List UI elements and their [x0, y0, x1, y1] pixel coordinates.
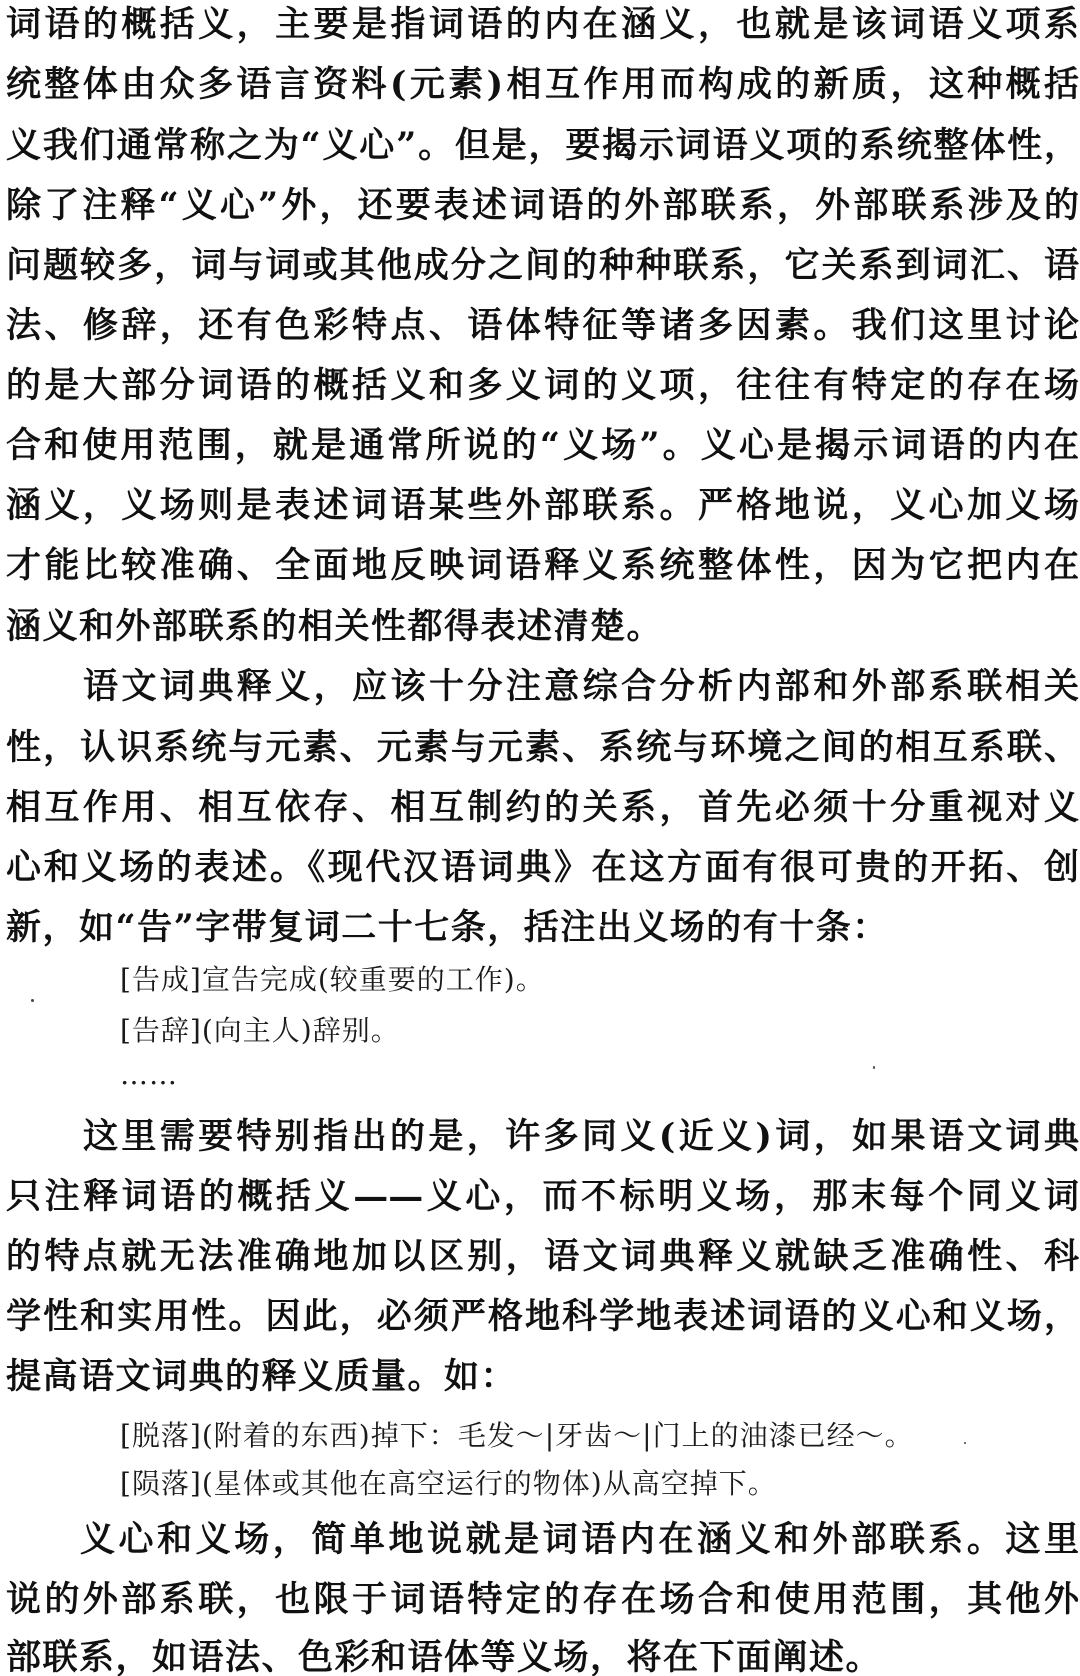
- scanned-book-page: 词语的概括义，主要是指词语的内在涵义，也就是该词语义项系 统整体由众多语言资料(…: [0, 0, 1080, 1676]
- text-line: 提高语文词典的释义质量。如：: [6, 1352, 1079, 1402]
- text-line: 新，如“告”字带复词二十七条，括注出义场的有十条：: [6, 903, 1079, 953]
- text-line: 性，认识系统与元素、元素与元素、系统与环境之间的相互系联、: [6, 723, 1079, 773]
- dictionary-entry: [告成]宣告完成(较重要的工作)。: [120, 960, 545, 1000]
- text-line: 涵义和外部联系的相关性都得表述清楚。: [6, 602, 1079, 652]
- text-line: 义心和义场，简单地说就是词语内在涵义和外部联系。这里: [80, 1515, 1079, 1565]
- scan-speck: [31, 999, 34, 1002]
- text-line: 合和使用范围，就是通常所说的“义场”。义心是揭示词语的内在: [6, 421, 1079, 471]
- text-line: 心和义场的表述。《现代汉语词典》在这方面有很可贵的开拓、创: [6, 843, 1079, 893]
- text-line: 说的外部系联，也限于词语特定的存在场合和使用范围，其他外: [6, 1575, 1079, 1625]
- text-line: 问题较多，词与词或其他成分之间的种种联系，它关系到词汇、语: [6, 241, 1079, 291]
- dictionary-entry: [告辞](向主人)辞别。: [120, 1011, 400, 1051]
- text-line: 涵义，义场则是表述词语某些外部联系。严格地说，义心加义场: [6, 481, 1079, 531]
- scan-speck: [873, 1066, 875, 1069]
- scan-speck: [964, 1442, 966, 1444]
- text-line: 统整体由众多语言资料(元素)相互作用而构成的新质，这种概括: [6, 60, 1079, 110]
- text-line: 义我们通常称之为“义心”。但是，要揭示词语义项的系统整体性，: [6, 121, 1079, 171]
- text-line: 学性和实用性。因此，必须严格地科学地表述词语的义心和义场，: [6, 1292, 1079, 1342]
- dictionary-entry: [脱落](附着的东西)掉下：毛发～|牙齿～|门上的油漆已经～。: [120, 1416, 914, 1456]
- text-line: 法、修辞，还有色彩特点、语体特征等诸多因素。我们这里讨论: [6, 301, 1079, 351]
- text-line: 语文词典释义，应该十分注意综合分析内部和外部系联相关: [83, 662, 1079, 712]
- text-line: 的是大部分词语的概括义和多义词的义项，往往有特定的存在场: [6, 361, 1079, 411]
- dictionary-entry: [陨落](星体或其他在高空运行的物体)从高空掉下。: [120, 1464, 777, 1504]
- text-line: 这里需要特别指出的是，许多同义(近义)词，如果语文词典: [83, 1112, 1079, 1162]
- text-line: 部联系，如语法、色彩和语体等义场，将在下面阐述。: [6, 1633, 1079, 1676]
- text-line: 的特点就无法准确地加以区别，语文词典释义就缺乏准确性、科: [6, 1232, 1079, 1282]
- text-line: 除了注释“义心”外，还要表述词语的外部联系，外部联系涉及的: [6, 181, 1079, 231]
- text-line: 词语的概括义，主要是指词语的内在涵义，也就是该词语义项系: [6, 0, 1079, 50]
- text-line: 才能比较准确、全面地反映词语释义系统整体性，因为它把内在: [6, 541, 1079, 591]
- ellipsis: ……: [120, 1055, 178, 1095]
- text-line: 只注释词语的概括义——义心，而不标明义场，那末每个同义词: [6, 1172, 1079, 1222]
- text-line: 相互作用、相互依存、相互制约的关系，首先必须十分重视对义: [6, 783, 1079, 833]
